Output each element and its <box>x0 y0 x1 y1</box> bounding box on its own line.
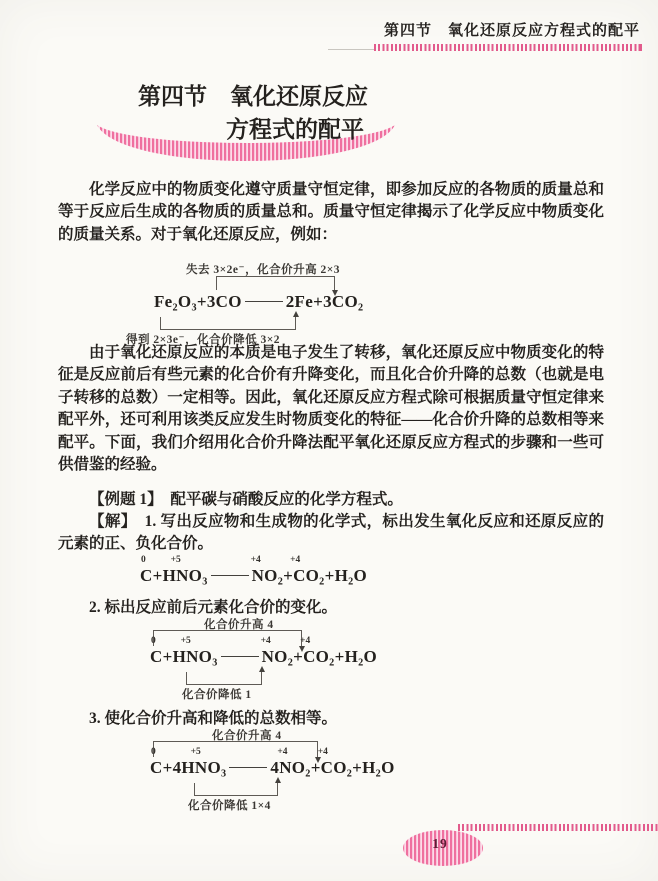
formula-term: +4NO₂ <box>252 566 284 586</box>
header-rule <box>328 49 374 50</box>
formula-text: 4NO₂ <box>270 758 310 777</box>
oxidation-number: 0 <box>151 636 156 646</box>
formula-text: 2Fe <box>286 292 313 311</box>
formula-text: NO₂ <box>252 566 284 585</box>
step1-equation: 0C+5+HNO₃+4NO₂+4+CO₂+H₂O <box>140 566 367 586</box>
fe-equation: Fe₂O₃+3CO2Fe+3CO₂ <box>154 292 363 312</box>
oxidation-bracket <box>216 276 335 290</box>
oxidation-number: +5 <box>191 747 201 757</box>
oxidation-number: +4 <box>261 636 271 646</box>
oxidation-number: +5 <box>181 636 191 646</box>
formula-term: +H₂O <box>352 758 394 778</box>
step2-equation-block: 化合价升高 4 0C+5+HNO₃+4NO₂+4+CO₂+H₂O 化合价降低 1 <box>142 616 452 706</box>
formula-term: +3CO <box>197 292 242 312</box>
example-prompt: 配平碳与硝酸反应的化学方程式。 <box>155 491 403 508</box>
oxidation-number: +4 <box>300 636 310 646</box>
oxidation-number: 0 <box>151 747 156 757</box>
arrow-up-icon <box>275 777 281 783</box>
equation-line <box>245 301 283 302</box>
formula-text: C <box>150 647 163 666</box>
formula-text: +CO₂ <box>311 758 352 777</box>
formula-term: 2Fe <box>286 292 313 312</box>
formula-text: +H₂O <box>325 566 367 585</box>
formula-text: C <box>140 566 153 585</box>
equation-line <box>211 575 249 576</box>
solution-label: 【解】 <box>89 513 129 530</box>
running-head: 第四节 氧化还原反应方程式的配平 <box>384 19 640 40</box>
formula-text: +CO₂ <box>283 566 324 585</box>
intro-paragraph: 化学反应中的物质变化遵守质量守恒定律，即参加反应的各物质的质量总和等于反应后生成… <box>58 179 604 246</box>
formula-text: +H₂O <box>352 758 394 777</box>
chapter-title-line2: 方程式的配平 <box>226 113 368 146</box>
step2-equation: 0C+5+HNO₃+4NO₂+4+CO₂+H₂O <box>150 647 377 667</box>
reduction-bracket <box>160 317 296 330</box>
equation-line <box>221 656 259 657</box>
page-number: 19 <box>402 836 478 852</box>
formula-term: +4+CO₂ <box>293 647 334 667</box>
oxidation-number: +4 <box>251 555 261 565</box>
formula-term: +4+CO₂ <box>311 758 352 778</box>
oxidation-bracket <box>153 630 302 646</box>
formula-term: 0C <box>140 566 153 586</box>
formula-term: +5+HNO₃ <box>163 647 218 667</box>
chapter-title-line1: 第四节 氧化还原反应 <box>138 84 368 109</box>
formula-term: 0C <box>150 647 163 667</box>
formula-term: +3CO₂ <box>313 292 363 312</box>
page-number-oval: 19 <box>402 829 484 867</box>
solution-step1-text: 【解】 1. 写出反应物和生成物的化学式，标出发生氧化反应和还原反应的元素的正、… <box>58 511 604 556</box>
formula-text: +HNO₃ <box>163 647 218 666</box>
oxidation-number: +4 <box>318 747 328 757</box>
valence-fall-note: 化合价降低 1×4 <box>188 797 271 813</box>
formula-term: +H₂O <box>325 566 367 586</box>
formula-text: +4HNO₃ <box>163 758 227 777</box>
formula-term: +4+CO₂ <box>283 566 324 586</box>
step3-equation-block: 化合价升高 4 0C+5+4HNO₃+44NO₂+4+CO₂+H₂O 化合价降低… <box>142 727 472 817</box>
step1-equation-block: 0C+5+HNO₃+4NO₂+4+CO₂+H₂O <box>130 552 430 590</box>
arrow-up-icon <box>259 666 265 672</box>
formula-text: +H₂O <box>335 647 377 666</box>
fe-equation-block: 失去 3×2e⁻，化合价升高 2×3 Fe₂O₃+3CO2Fe+3CO₂ 得到 … <box>126 260 466 346</box>
step1-instruction: 1. 写出反应物和生成物的化学式，标出发生氧化反应和还原反应的元素的正、负化合价… <box>58 513 604 552</box>
formula-text: Fe₂O₃ <box>154 292 197 311</box>
oxidation-number: +5 <box>171 555 181 565</box>
formula-text: +3CO₂ <box>313 292 363 311</box>
reduction-bracket <box>194 783 278 796</box>
chapter-title: 第四节 氧化还原反应方程式的配平 <box>138 80 368 146</box>
formula-text: NO₂ <box>262 647 294 666</box>
redox-explanation-paragraph: 由于氧化还原反应的本质是电子发生了转移，氧化还原反应中物质变化的特征是反应前后有… <box>58 342 604 476</box>
formula-text: +HNO₃ <box>153 566 208 585</box>
step3-equation: 0C+5+4HNO₃+44NO₂+4+CO₂+H₂O <box>150 758 395 778</box>
formula-term: +44NO₂ <box>270 758 310 778</box>
formula-term: 0C <box>150 758 163 778</box>
example-label: 【例题 1】 <box>89 491 155 508</box>
oxidation-number: +4 <box>290 555 300 565</box>
oxidation-number: +4 <box>277 747 287 757</box>
oxidation-number: 0 <box>141 555 146 565</box>
oxidation-bracket <box>153 741 318 757</box>
example-heading: 【例题 1】 配平碳与硝酸反应的化学方程式。 <box>58 489 604 511</box>
arrow-up-icon <box>293 311 299 317</box>
formula-term: +H₂O <box>335 647 377 667</box>
electron-loss-note: 失去 3×2e⁻，化合价升高 2×3 <box>186 261 340 277</box>
header-dotted-band <box>374 44 642 51</box>
reduction-bracket <box>186 672 262 685</box>
formula-text: C <box>150 758 163 777</box>
equation-line <box>229 767 267 768</box>
textbook-page: 第四节 氧化还原反应方程式的配平 第四节 氧化还原反应方程式的配平 化学反应中的… <box>0 0 658 881</box>
footer-dotted-band <box>458 824 658 831</box>
formula-term: +5+HNO₃ <box>153 566 208 586</box>
formula-term: +5+4HNO₃ <box>163 758 227 778</box>
formula-text: +CO₂ <box>293 647 334 666</box>
formula-term: +4NO₂ <box>262 647 294 667</box>
formula-term: Fe₂O₃ <box>154 292 197 312</box>
formula-text: +3CO <box>197 292 242 311</box>
valence-fall-note: 化合价降低 1 <box>182 686 252 702</box>
